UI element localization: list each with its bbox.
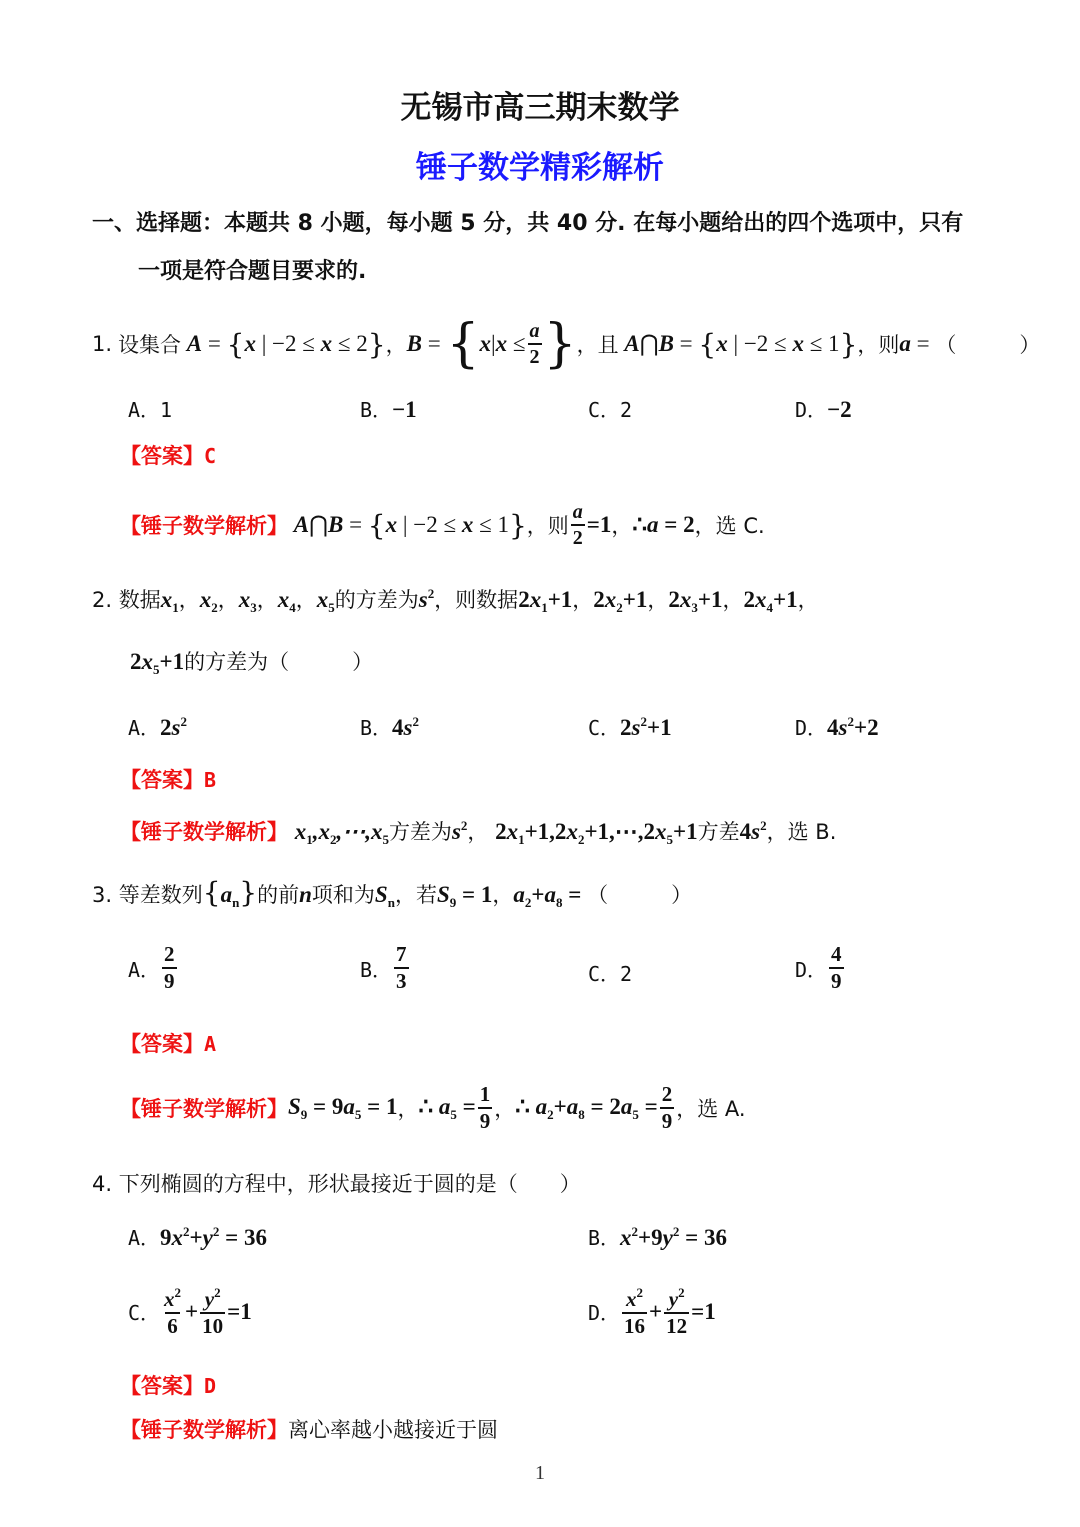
analysis-1: 【锤子数学解析】 A⋂B = {x | −2 ≤ x ≤ 1} ，则 a2=1 … bbox=[120, 502, 765, 548]
question-2-stem: 2. 数据x1，x2，x3，x4，x5的方差为s2，则数据2x1+1，2x2+1… bbox=[92, 584, 819, 616]
option-b: B．73 bbox=[360, 944, 411, 992]
section-header-cont: 一项是符合题目要求的. bbox=[138, 254, 366, 285]
analysis-4: 【锤子数学解析】离心率越小越接近于圆 bbox=[120, 1414, 498, 1444]
answer-4: 【答案】D bbox=[120, 1370, 216, 1400]
option-d: D．−2 bbox=[795, 394, 852, 423]
answer-1: 【答案】C bbox=[120, 440, 216, 470]
page-subtitle: 锤子数学精彩解析 bbox=[0, 142, 1080, 187]
answer-3: 【答案】A bbox=[120, 1028, 216, 1058]
question-number: 1. bbox=[92, 332, 112, 356]
question-2-stem-cont: 2x5+1的方差为（ ） bbox=[130, 646, 373, 678]
answer-2: 【答案】B bbox=[120, 764, 216, 794]
option-a: A．9x2+y2 = 36 bbox=[128, 1222, 267, 1251]
analysis-2: 【锤子数学解析】 x1,x2,⋯,x5方差为s2， 2x1+1,2x2+1,⋯,… bbox=[120, 816, 836, 848]
option-c: C．2 bbox=[588, 958, 632, 987]
question-1-stem: 1. 设集合 A = {x | −2 ≤ x ≤ 2} ， B = {x|x ≤… bbox=[92, 314, 1040, 374]
option-d: D．x216+y212=1 bbox=[588, 1286, 716, 1337]
page-number: 1 bbox=[0, 1462, 1080, 1485]
analysis-3: 【锤子数学解析】 S9 = 9a5 = 1， ∴ a5 =19， ∴ a2+a8… bbox=[120, 1084, 746, 1132]
option-b: B．x2+9y2 = 36 bbox=[588, 1222, 727, 1251]
option-c: C．2 bbox=[588, 394, 632, 423]
question-3-stem: 3. 等差数列{an}的前n项和为Sn，若S9 = 1，a2+a8 = （ ） bbox=[92, 876, 692, 911]
page-title: 无锡市高三期末数学 bbox=[0, 82, 1080, 127]
option-b: B．−1 bbox=[360, 394, 417, 423]
option-a: A．29 bbox=[128, 944, 179, 992]
option-b: B．4s2 bbox=[360, 712, 419, 741]
section-header: 一、选择题：本题共 8 小题，每小题 5 分，共 40 分. 在每小题给出的四个… bbox=[92, 206, 963, 237]
option-d: D．4s2+2 bbox=[795, 712, 879, 741]
option-a: A．1 bbox=[128, 394, 172, 423]
option-c: C．2s2+1 bbox=[588, 712, 672, 741]
question-4-stem: 4. 下列椭圆的方程中，形状最接近于圆的是（ ） bbox=[92, 1168, 581, 1198]
option-c: C．x26+y210=1 bbox=[128, 1286, 252, 1337]
option-d: D．49 bbox=[795, 944, 846, 992]
option-a: A．2s2 bbox=[128, 712, 187, 741]
